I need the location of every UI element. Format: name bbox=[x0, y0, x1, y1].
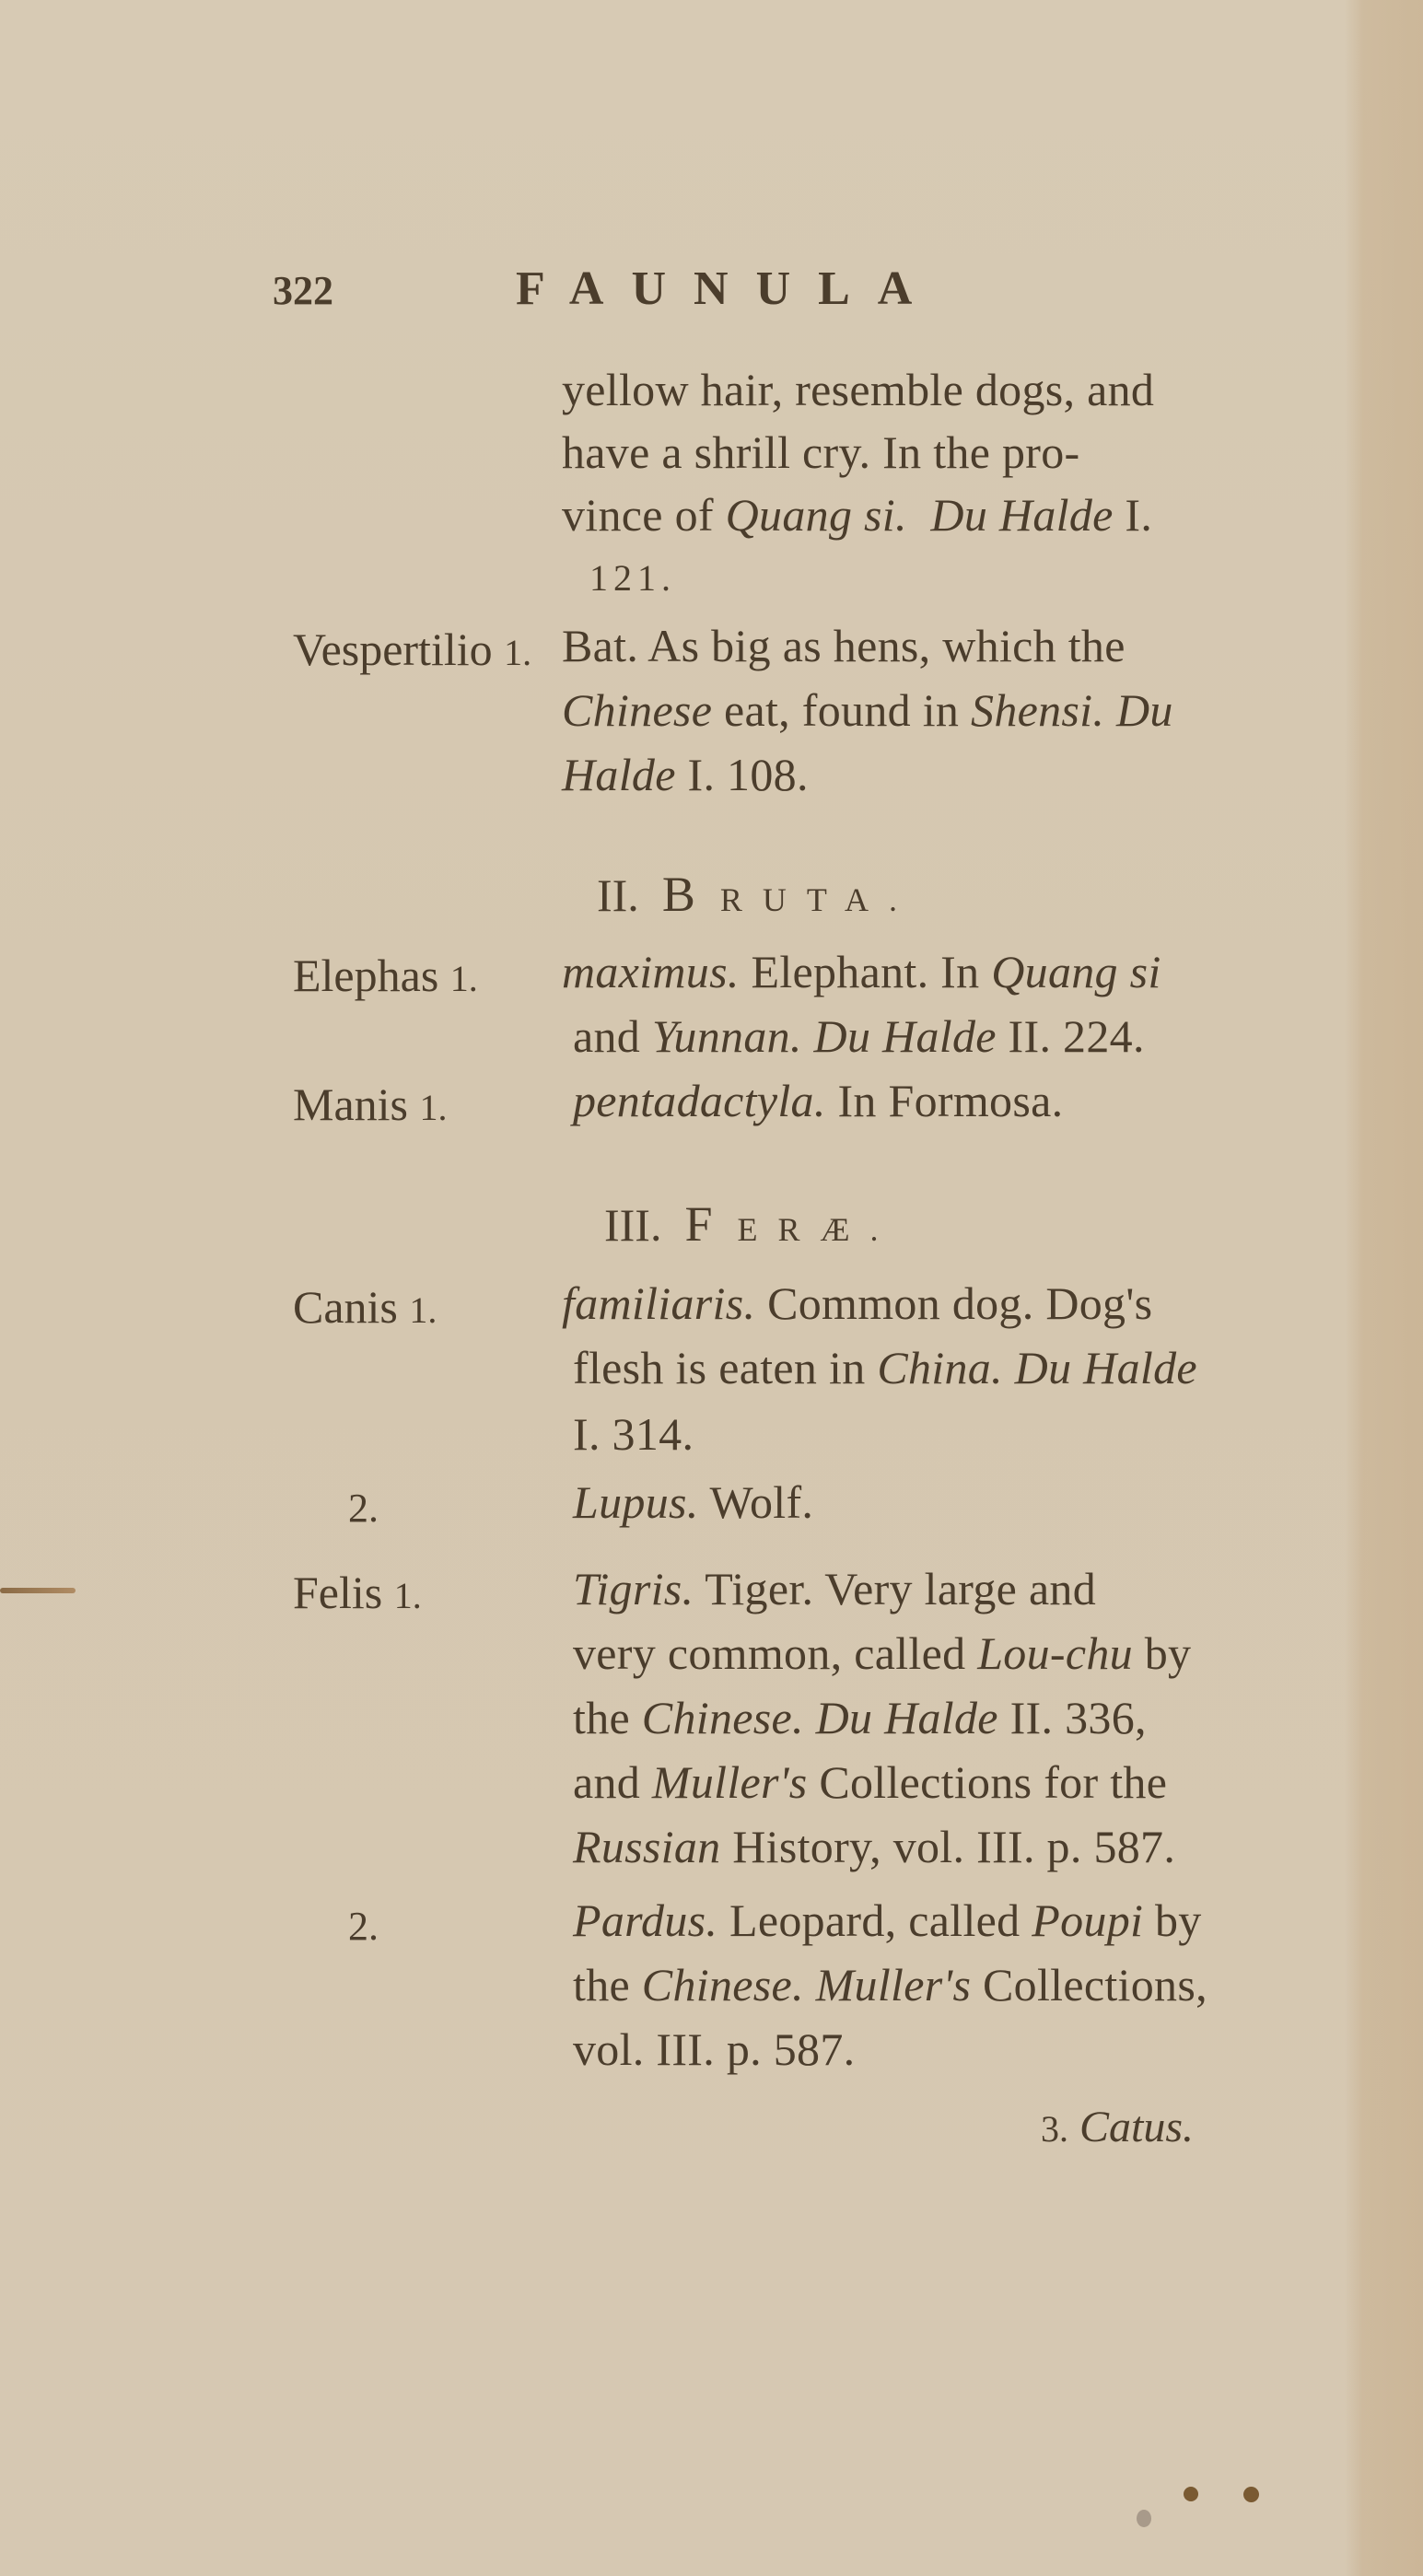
species-number: 2. bbox=[348, 1903, 379, 1950]
scanned-book-page: 322 FAUNULA yellow hair, resemble dogs, … bbox=[0, 0, 1423, 2576]
continuation-line-1: yellow hair, resemble dogs, and bbox=[562, 367, 1154, 413]
genus-manis: Manis 1. bbox=[293, 1078, 448, 1131]
continuation-line-4: 121. bbox=[589, 560, 676, 597]
genus-elephas: Elephas 1. bbox=[293, 949, 478, 1002]
species-number: 2. bbox=[348, 1485, 379, 1532]
pardus-line-3: vol. III. p. 587. bbox=[573, 2026, 855, 2072]
lupus-line-1: Lupus. Wolf. bbox=[573, 1479, 813, 1525]
genus-canis: Canis 1. bbox=[293, 1280, 437, 1334]
species-name: Lupus. bbox=[573, 1476, 699, 1528]
vespertilio-line-3: Halde I. 108. bbox=[562, 752, 809, 798]
place-name: Quang si. bbox=[726, 489, 907, 541]
section-heading-bruta: II. B RUTA. bbox=[597, 866, 917, 923]
wormhole-dot bbox=[1243, 2487, 1259, 2502]
felis-line-1: Tigris. Tiger. Very large and bbox=[573, 1566, 1096, 1612]
felis-line-3: the Chinese. Du Halde II. 336, bbox=[573, 1695, 1147, 1741]
vespertilio-line-2: Chinese eat, found in Shensi. Du bbox=[562, 687, 1173, 733]
author-citation: Du Halde bbox=[930, 489, 1113, 541]
continuation-line-2: have a shrill cry. In the pro- bbox=[562, 429, 1080, 475]
elephas-line-1: maximus. Elephant. In Quang si bbox=[562, 949, 1161, 995]
section-heading-ferae: III. F ERÆ. bbox=[604, 1195, 899, 1253]
species-name: familiaris. bbox=[562, 1277, 755, 1329]
continuation-line-3: vince of Quang si. Du Halde I. bbox=[562, 492, 1152, 538]
genus-vespertilio: Vespertilio 1. bbox=[293, 623, 531, 676]
page-number: 322 bbox=[273, 267, 333, 314]
canis-line-1: familiaris. Common dog. Dog's bbox=[562, 1280, 1152, 1326]
wormhole-dot bbox=[1184, 2487, 1198, 2501]
pardus-line-2: the Chinese. Muller's Collections, bbox=[573, 1962, 1207, 2008]
page-marker-line bbox=[0, 1588, 76, 1593]
running-head: FAUNULA bbox=[516, 262, 939, 316]
felis-line-5: Russian History, vol. III. p. 587. bbox=[573, 1824, 1175, 1870]
canis-line-2: flesh is eaten in China. Du Halde bbox=[573, 1345, 1197, 1391]
genus-felis: Felis 1. bbox=[293, 1566, 422, 1619]
wormhole-dot bbox=[1137, 2510, 1151, 2527]
species-name: pentadactyla. bbox=[573, 1075, 826, 1126]
elephas-line-2: and Yunnan. Du Halde II. 224. bbox=[573, 1013, 1145, 1059]
catchword: 3. Catus. bbox=[1041, 2102, 1194, 2152]
species-name: maximus. bbox=[562, 946, 740, 997]
canis-line-3: I. 314. bbox=[573, 1411, 694, 1457]
pardus-line-1: Pardus. Leopard, called Poupi by bbox=[573, 1897, 1202, 1943]
species-name: Tigris. bbox=[573, 1563, 694, 1614]
vespertilio-line-1: Bat. As big as hens, which the bbox=[562, 623, 1126, 669]
species-name: Pardus. bbox=[573, 1894, 717, 1946]
manis-line-1: pentadactyla. In Formosa. bbox=[573, 1078, 1063, 1124]
felis-line-4: and Muller's Collections for the bbox=[573, 1759, 1167, 1805]
felis-line-2: very common, called Lou-chu by bbox=[573, 1630, 1191, 1676]
